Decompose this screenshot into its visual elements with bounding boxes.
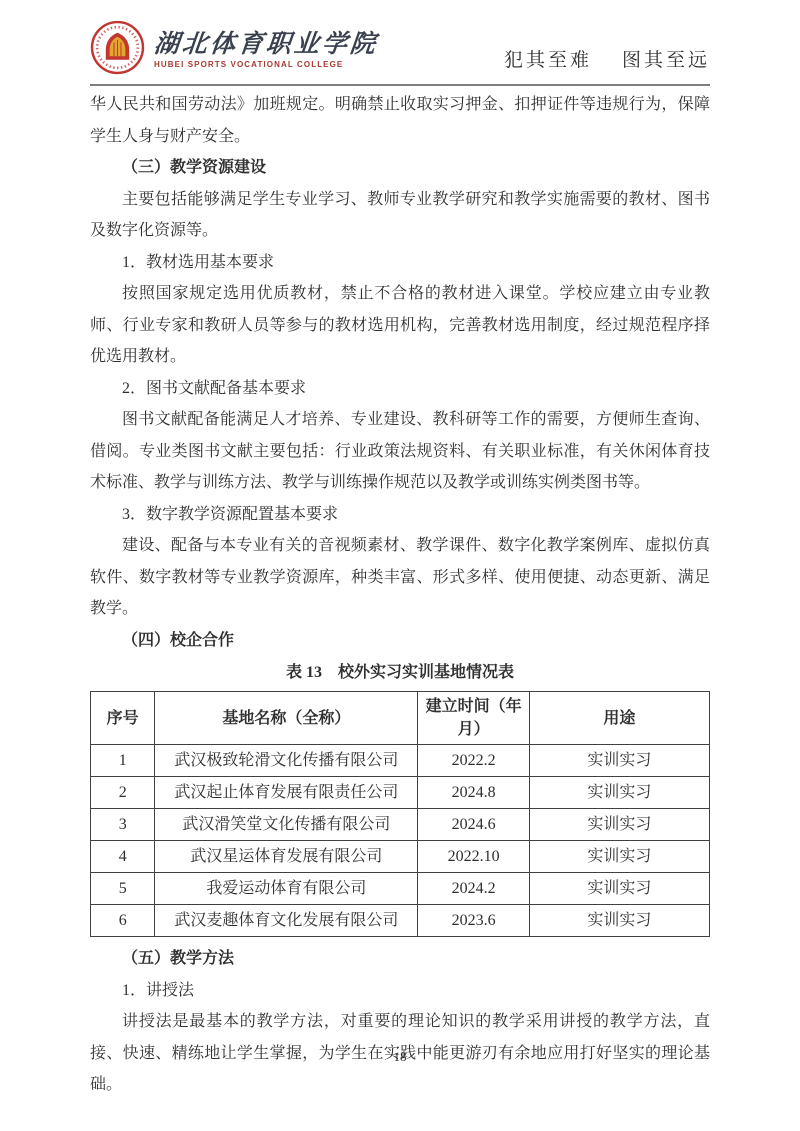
table-body: 1武汉极致轮滑文化传播有限公司2022.2实训实习2武汉起止体育发展有限责任公司… <box>91 745 710 937</box>
college-name-en: HUBEI SPORTS VOCATIONAL COLLEGE <box>154 61 378 69</box>
table-cell: 实训实习 <box>529 777 709 809</box>
table-cell: 武汉星运体育发展有限公司 <box>155 841 418 873</box>
table-row: 5我爱运动体育有限公司2024.2实训实习 <box>91 873 710 905</box>
table-row: 3武汉滑笑堂文化传播有限公司2024.6实训实习 <box>91 809 710 841</box>
page-footer: 18 <box>0 1049 800 1065</box>
numbered-item: 1．讲授法 <box>90 975 710 1007</box>
table-row: 6武汉麦趣体育文化发展有限公司2023.6实训实习 <box>91 905 710 937</box>
table-cell: 武汉极致轮滑文化传播有限公司 <box>155 745 418 777</box>
table-cell: 2024.8 <box>418 777 529 809</box>
college-motto: 犯其至难 图其至远 <box>504 45 710 80</box>
page-header: 湖北体育职业学院 HUBEI SPORTS VOCATIONAL COLLEGE… <box>90 24 710 80</box>
table-row: 1武汉极致轮滑文化传播有限公司2022.2实训实习 <box>91 745 710 777</box>
table-cell: 武汉麦趣体育文化发展有限公司 <box>155 905 418 937</box>
table-cell: 实训实习 <box>529 745 709 777</box>
table-row: 2武汉起止体育发展有限责任公司2024.8实训实习 <box>91 777 710 809</box>
table-cell: 2023.6 <box>418 905 529 937</box>
numbered-item: 2．图书文献配备基本要求 <box>90 373 710 405</box>
paragraph: 按照国家规定选用优质教材，禁止不合格的教材进入课堂。学校应建立由专业教师、行业专… <box>90 278 710 373</box>
content-before-table: 华人民共和国劳动法》加班规定。明确禁止收取实习押金、扣押证件等违规行为，保障学生… <box>90 89 710 656</box>
table-cell: 实训实习 <box>529 841 709 873</box>
table-cell: 实训实习 <box>529 873 709 905</box>
column-header: 序号 <box>91 692 155 745</box>
table-cell: 2024.6 <box>418 809 529 841</box>
table-cell: 6 <box>91 905 155 937</box>
document-page: 湖北体育职业学院 HUBEI SPORTS VOCATIONAL COLLEGE… <box>0 0 800 1131</box>
motto-phrase-1: 犯其至难 <box>504 45 592 72</box>
section-heading: （三）教学资源建设 <box>90 152 710 184</box>
table-header-row: 序号基地名称（全称）建立时间（年月）用途 <box>91 692 710 745</box>
table-cell: 武汉滑笑堂文化传播有限公司 <box>155 809 418 841</box>
table-header: 序号基地名称（全称）建立时间（年月）用途 <box>91 692 710 745</box>
motto-phrase-2: 图其至远 <box>622 45 710 72</box>
table-cell: 实训实习 <box>529 809 709 841</box>
paragraph: 华人民共和国劳动法》加班规定。明确禁止收取实习押金、扣押证件等违规行为，保障学生… <box>90 89 710 152</box>
training-bases-table: 序号基地名称（全称）建立时间（年月）用途 1武汉极致轮滑文化传播有限公司2022… <box>90 691 710 937</box>
content-after-table: （五）教学方法1．讲授法讲授法是最基本的教学方法，对重要的理论知识的教学采用讲授… <box>90 943 710 1101</box>
paragraph: 图书文献配备能满足人才培养、专业建设、教科研等工作的需要，方便师生查询、借阅。专… <box>90 404 710 499</box>
table-cell: 2022.2 <box>418 745 529 777</box>
table-cell: 我爱运动体育有限公司 <box>155 873 418 905</box>
table-cell: 2024.2 <box>418 873 529 905</box>
header-divider <box>90 84 710 86</box>
section-heading: （四）校企合作 <box>90 625 710 657</box>
college-name: 湖北体育职业学院 HUBEI SPORTS VOCATIONAL COLLEGE <box>154 32 378 69</box>
table-row: 4武汉星运体育发展有限公司2022.10实训实习 <box>91 841 710 873</box>
table-cell: 2 <box>91 777 155 809</box>
paragraph: 建设、配备与本专业有关的音视频素材、教学课件、数字化教学案例库、虚拟仿真软件、数… <box>90 530 710 625</box>
table-cell: 1 <box>91 745 155 777</box>
table-cell: 武汉起止体育发展有限责任公司 <box>155 777 418 809</box>
table-cell: 5 <box>91 873 155 905</box>
table-cell: 2022.10 <box>418 841 529 873</box>
numbered-item: 3．数字教学资源配置基本要求 <box>90 499 710 531</box>
table-cell: 实训实习 <box>529 905 709 937</box>
college-name-zh: 湖北体育职业学院 <box>153 32 380 57</box>
numbered-item: 1．教材选用基本要求 <box>90 247 710 279</box>
column-header: 用途 <box>529 692 709 745</box>
paragraph: 主要包括能够满足学生专业学习、教师专业教学研究和教学实施需要的教材、图书及数字化… <box>90 184 710 247</box>
section-heading: （五）教学方法 <box>90 943 710 975</box>
document-body: 华人民共和国劳动法》加班规定。明确禁止收取实习押金、扣押证件等违规行为，保障学生… <box>90 89 710 1101</box>
page-number: 18 <box>394 1049 407 1064</box>
table-cell: 3 <box>91 809 155 841</box>
table-cell: 4 <box>91 841 155 873</box>
table-caption: 表 13 校外实习实训基地情况表 <box>90 661 710 685</box>
college-seal-icon <box>90 20 145 80</box>
column-header: 建立时间（年月） <box>418 692 529 745</box>
college-brand: 湖北体育职业学院 HUBEI SPORTS VOCATIONAL COLLEGE <box>90 20 378 80</box>
column-header: 基地名称（全称） <box>155 692 418 745</box>
